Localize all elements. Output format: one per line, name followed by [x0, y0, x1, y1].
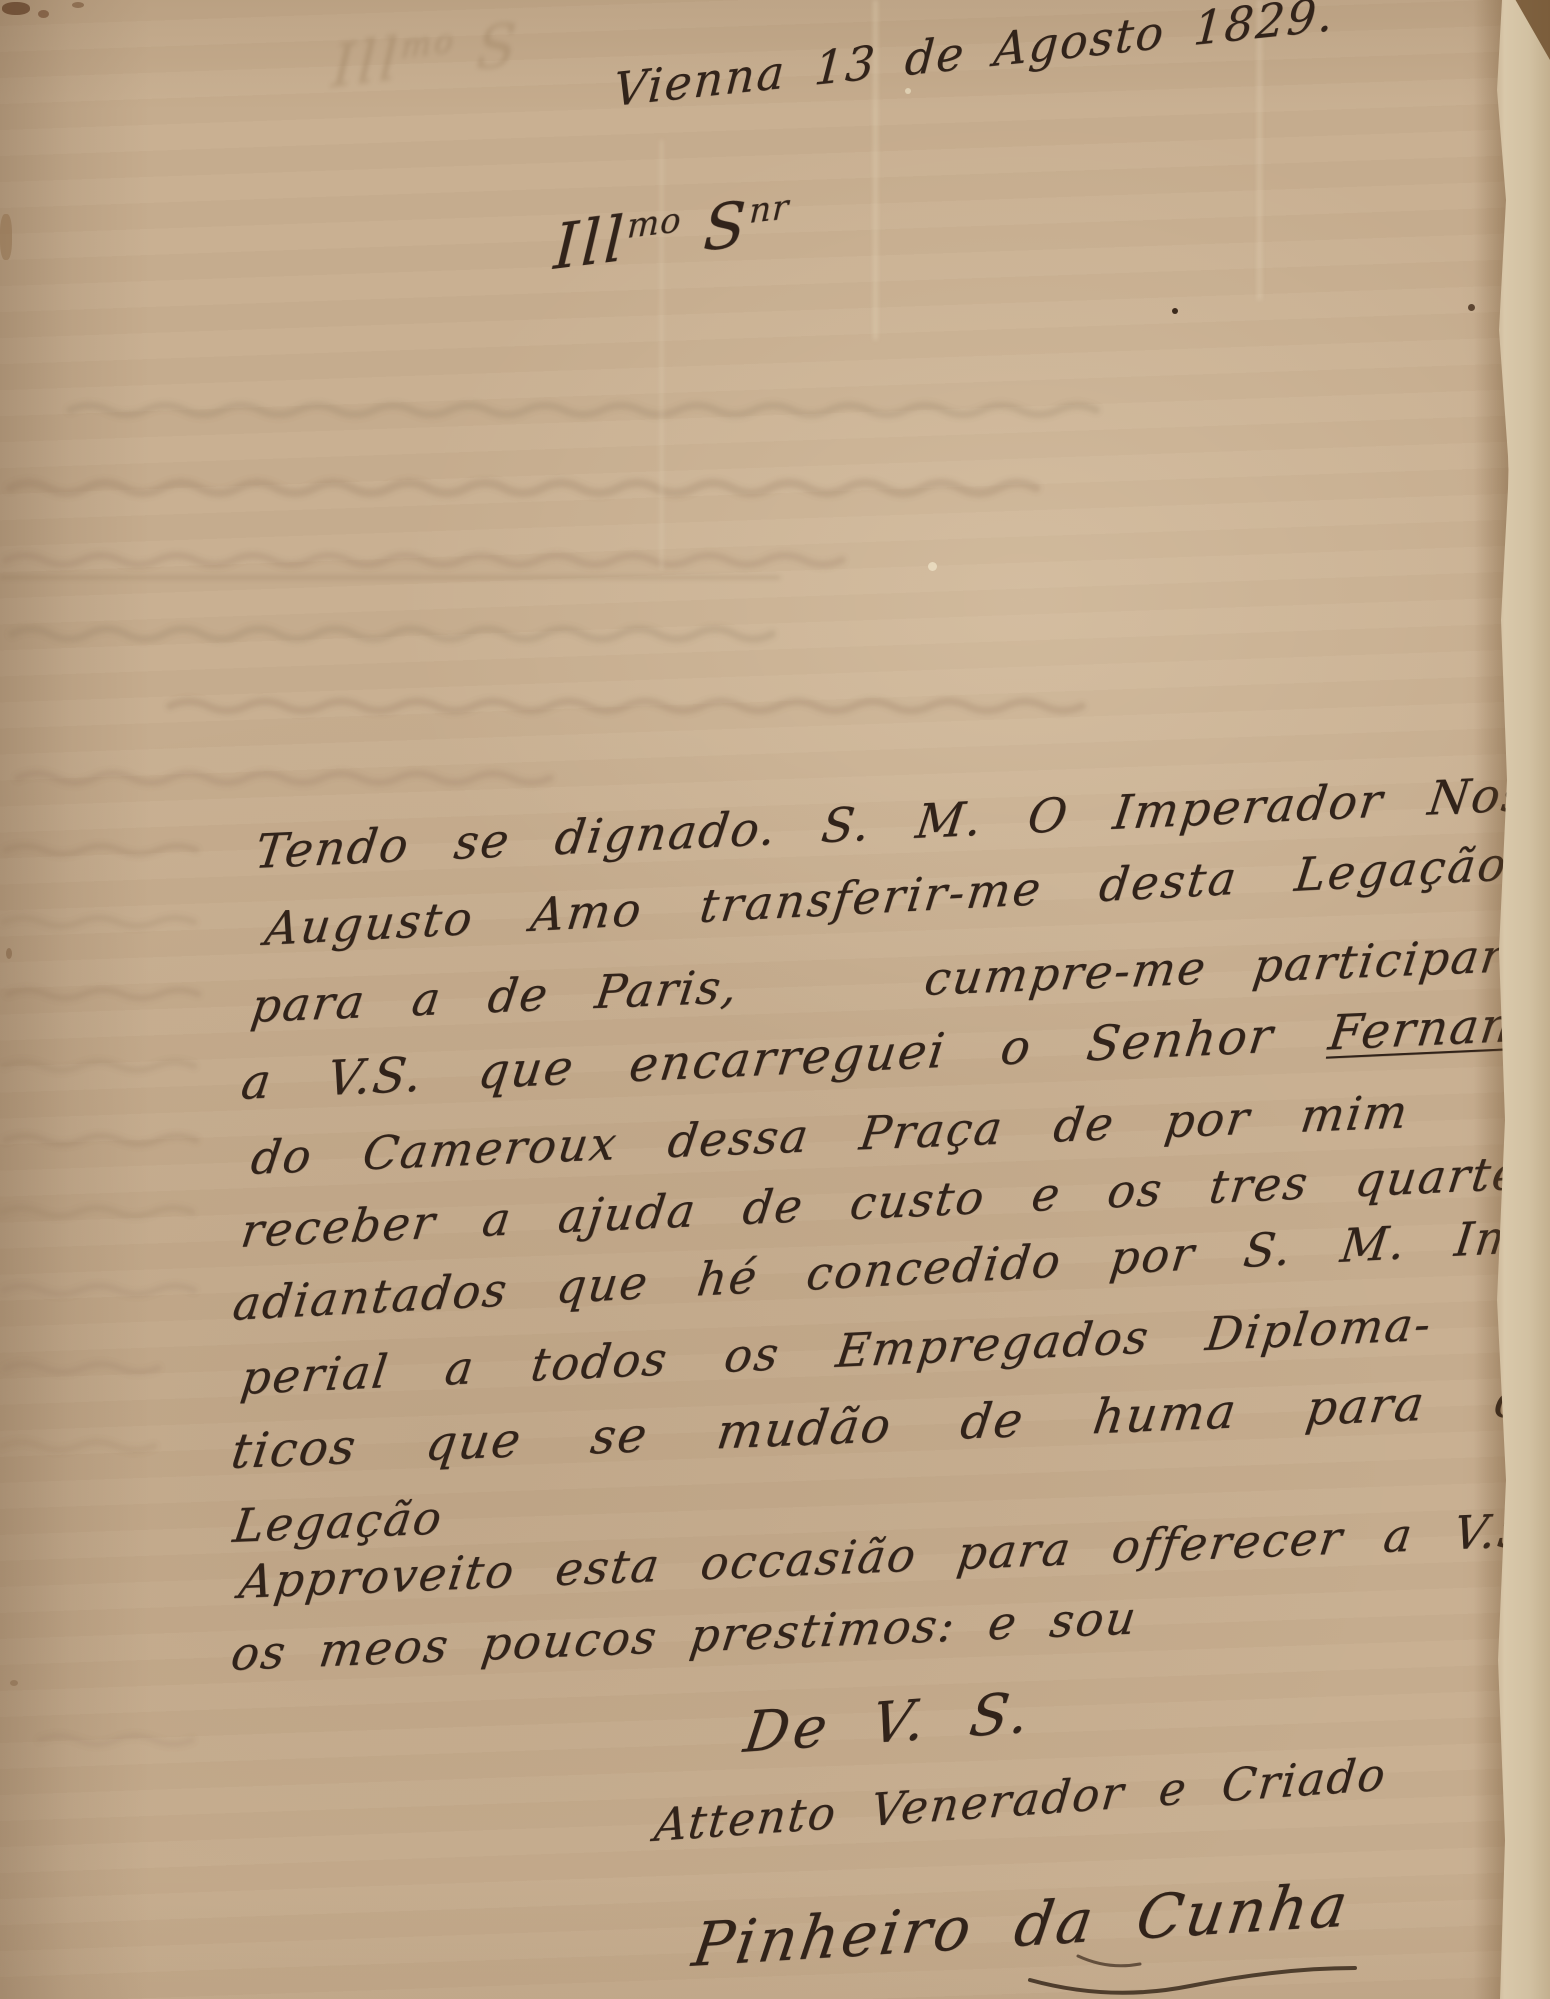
- fold-crease: [0, 576, 780, 579]
- salutation: Illmo Snr: [552, 182, 790, 283]
- ghost-salutation-text2: S: [454, 9, 521, 86]
- body-line: Legação: [230, 1491, 447, 1553]
- edge-stain: [2, 2, 30, 15]
- edge-stain: [72, 2, 84, 8]
- edge-stain: [38, 10, 49, 18]
- manuscript-photo: Illmo S Vienna 13 de Agosto 1829. Illmo …: [0, 0, 1550, 1999]
- signature: Pinheiro da Cunha: [688, 1871, 1354, 1981]
- salutation-base: Ill: [552, 201, 628, 284]
- edge-stain: [10, 1680, 18, 1686]
- ink-speck: [1172, 308, 1178, 314]
- salutation-superscript: nr: [748, 187, 790, 232]
- salutation-superscript: mo: [626, 200, 683, 247]
- paper-fleck: [905, 88, 911, 94]
- dateline: Vienna 13 de Agosto 1829.: [612, 0, 1336, 117]
- edge-stain: [0, 214, 12, 260]
- letter-sheet: Illmo S Vienna 13 de Agosto 1829. Illmo …: [0, 0, 1550, 1999]
- valediction: De V. S.: [740, 1681, 1037, 1766]
- ghost-salutation-text: Ill: [330, 24, 402, 101]
- ghost-salutation: Illmo S: [330, 10, 521, 101]
- body-line: os meos poucos prestimos: e sou: [228, 1591, 1141, 1681]
- paper-fleck: [928, 562, 937, 571]
- edge-stain: [6, 948, 12, 959]
- ghost-salutation-sup: mo: [400, 21, 457, 66]
- salutation-base: S: [679, 186, 751, 268]
